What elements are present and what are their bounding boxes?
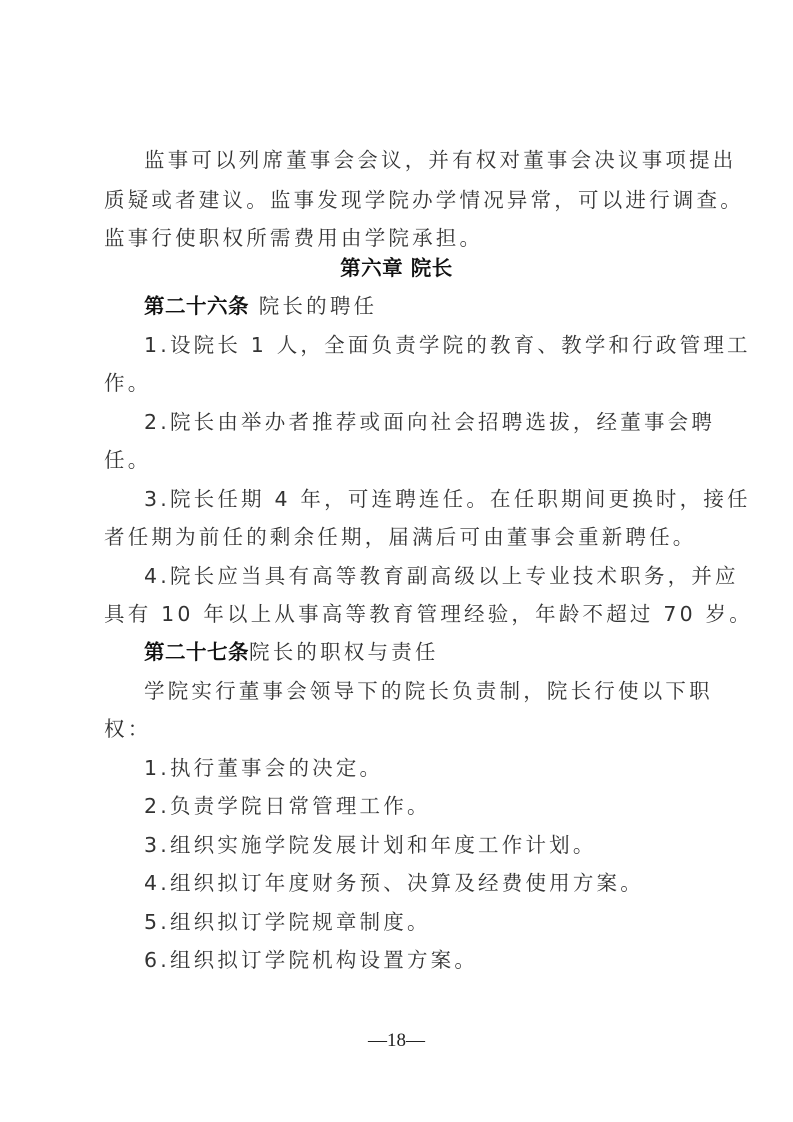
list-item: 4.组织拟订年度财务预、决算及经费使用方案。: [144, 869, 734, 897]
paragraph-line: 监事可以列席董事会会议，并有权对董事会决议事项提出: [144, 146, 734, 174]
paragraph-line: 质疑或者建议。监事发现学院办学情况异常，可以进行调查。: [104, 186, 694, 214]
article-title: 院长的聘任: [259, 294, 378, 318]
article-heading: 第二十六条 院长的聘任: [144, 292, 734, 320]
document-page: 监事可以列席董事会会议，并有权对董事会决议事项提出 质疑或者建议。监事发现学院办…: [0, 0, 793, 1122]
list-item: 4.院长应当具有高等教育副高级以上专业技术职务，并应: [144, 562, 734, 590]
article-title: 院长的职权与责任: [249, 640, 439, 664]
page-number: —18—: [0, 1030, 793, 1052]
article-label: 第二十七条: [144, 640, 249, 664]
list-item-cont: 者任期为前任的剩余任期，届满后可由董事会重新聘任。: [104, 523, 694, 551]
list-item: 1.执行董事会的决定。: [144, 754, 734, 782]
list-item-cont: 具有 10 年以上从事高等教育管理经验，年龄不超过 70 岁。: [104, 600, 694, 628]
article-label: 第二十六条: [144, 294, 249, 318]
list-item: 1.设院长 1 人，全面负责学院的教育、教学和行政管理工: [144, 331, 734, 359]
paragraph-line: 学院实行董事会领导下的院长负责制，院长行使以下职: [144, 677, 734, 705]
list-item-cont: 任。: [104, 446, 694, 474]
paragraph-line: 权：: [104, 715, 694, 743]
list-item: 2.院长由举办者推荐或面向社会招聘选拔，经董事会聘: [144, 408, 734, 436]
list-item: 3.院长任期 4 年，可连聘连任。在任职期间更换时，接任: [144, 485, 734, 513]
list-item: 2.负责学院日常管理工作。: [144, 792, 734, 820]
article-heading: 第二十七条院长的职权与责任: [144, 638, 734, 666]
list-item: 6.组织拟订学院机构设置方案。: [144, 946, 734, 974]
list-item-cont: 作。: [104, 369, 694, 397]
list-item: 3.组织实施学院发展计划和年度工作计划。: [144, 831, 734, 859]
list-item: 5.组织拟订学院规章制度。: [144, 908, 734, 936]
chapter-title: 第六章 院长: [0, 254, 793, 282]
paragraph-line: 监事行使职权所需费用由学院承担。: [104, 224, 694, 252]
